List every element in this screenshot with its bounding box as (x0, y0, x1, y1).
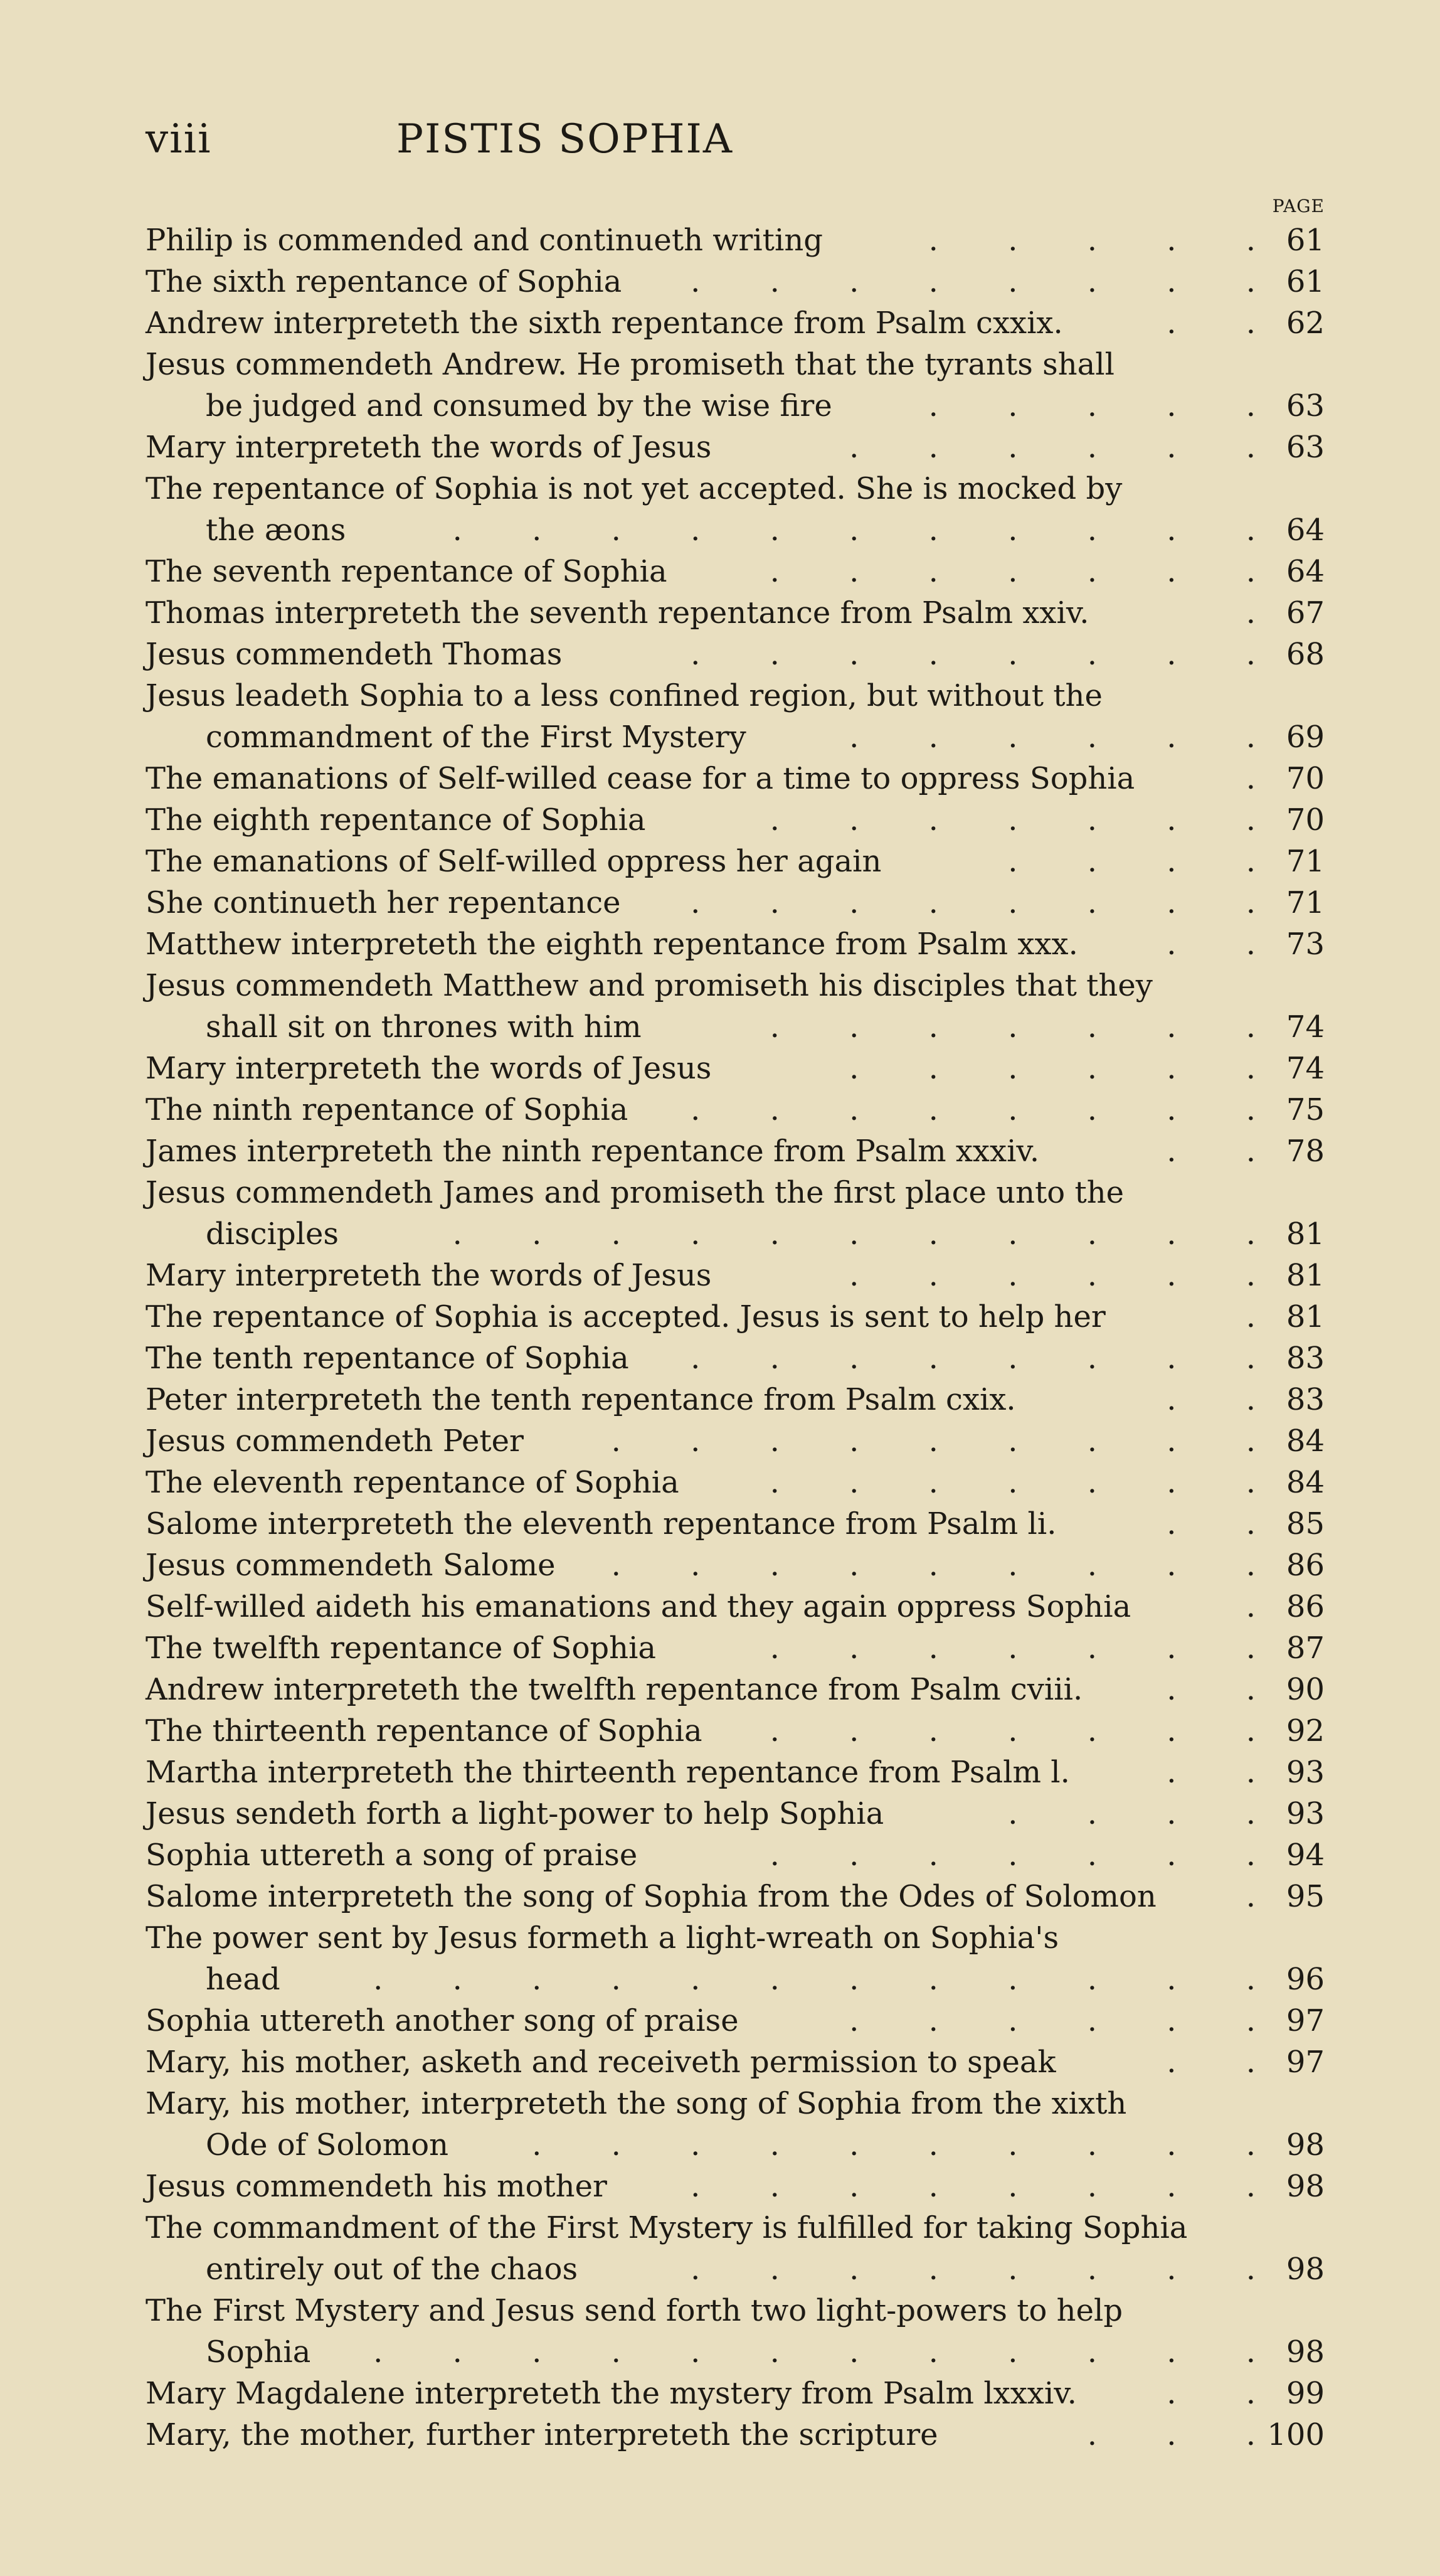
toc-entry-title: Jesus commendeth Matthew and promiseth h… (146, 965, 1153, 1006)
dot-leader: . . . . (1008, 841, 1256, 882)
toc-entry-line: Salome interpreteth the eleventh repenta… (146, 1503, 1325, 1545)
toc-page-number: 62 (1262, 302, 1325, 344)
toc-entry: Self-willed aideth his emanations and th… (146, 1586, 1325, 1627)
dot-leader: . . . . . . . . . . . (453, 1213, 1256, 1255)
toc-entry-title: The eighth repentance of Sophia (146, 799, 646, 841)
toc-entry: Jesus commendeth his mother98. . . . . .… (146, 2166, 1325, 2207)
toc-entry-line: Peter interpreteth the tenth repentance … (146, 1379, 1325, 1420)
toc-entry-title: Peter interpreteth the tenth repentance … (146, 1379, 1016, 1420)
toc-entry-line: The ninth repentance of Sophia75. . . . … (146, 1089, 1325, 1131)
toc-page-number: 98 (1262, 2124, 1325, 2166)
toc-page-number: 81 (1262, 1213, 1325, 1255)
toc-entry-line: Jesus commendeth James and promiseth the… (146, 1172, 1325, 1213)
toc-entry-title: Ode of Solomon (146, 2124, 448, 2166)
toc-page-number: 90 (1262, 1669, 1325, 1710)
dot-leader: . . . . . . (849, 1255, 1256, 1296)
toc-entry: Andrew interpreteth the twelfth repentan… (146, 1669, 1325, 1710)
toc-page-number: 98 (1262, 2166, 1325, 2207)
toc-entry: She continueth her repentance71. . . . .… (146, 882, 1325, 923)
dot-leader: . . . . . . . . . . . (453, 509, 1256, 551)
toc-entry-line: The emanations of Self-willed oppress he… (146, 841, 1325, 882)
toc-entry-line: Sophia uttereth a song of praise94. . . … (146, 1834, 1325, 1876)
toc-page-number: 84 (1262, 1462, 1325, 1503)
toc-page-number: 73 (1262, 923, 1325, 965)
toc-entry-title: The twelfth repentance of Sophia (146, 1627, 656, 1669)
toc-entry-title: The seventh repentance of Sophia (146, 551, 667, 592)
toc-entry-title: Thomas interpreteth the seventh repentan… (146, 592, 1089, 634)
dot-leader: . . . . . . (849, 1048, 1256, 1089)
dot-leader: . . (1167, 2373, 1256, 2414)
toc-entry-title: Jesus commendeth Thomas (146, 634, 562, 675)
toc-entry: The eighth repentance of Sophia70. . . .… (146, 799, 1325, 841)
toc-entry-title: The eleventh repentance of Sophia (146, 1462, 679, 1503)
toc-entry-line: The twelfth repentance of Sophia87. . . … (146, 1627, 1325, 1669)
toc-entry: Mary interpreteth the words of Jesus63. … (146, 427, 1325, 468)
dot-leader: . . (1167, 1131, 1256, 1172)
toc-entry-title: Mary, the mother, further interpreteth t… (146, 2414, 938, 2456)
toc-entry-line: Mary interpreteth the words of Jesus74. … (146, 1048, 1325, 1089)
toc-entry: Jesus commendeth James and promiseth the… (146, 1172, 1325, 1255)
toc-entry-title: Andrew interpreteth the sixth repentance… (146, 302, 1063, 344)
toc-entry-title: head (146, 1959, 280, 2000)
dot-leader: . . (1167, 1379, 1256, 1420)
toc-entry-title: The ninth repentance of Sophia (146, 1089, 628, 1131)
dot-leader: . . . . . . . (770, 551, 1256, 592)
dot-leader: . . (1167, 1669, 1256, 1710)
toc-entry-title: Mary Magdalene interpreteth the mystery … (146, 2373, 1077, 2414)
toc-entry-title: Sophia uttereth another song of praise (146, 2000, 739, 2041)
toc-entry-line: The seventh repentance of Sophia64. . . … (146, 551, 1325, 592)
dot-leader: . . . . . . . . (691, 882, 1256, 923)
toc-page-number: 71 (1262, 841, 1325, 882)
dot-leader: . . . (1088, 2414, 1256, 2456)
toc-entry-line: The emanations of Self-willed cease for … (146, 758, 1325, 799)
toc-entry-line: Mary interpreteth the words of Jesus81. … (146, 1255, 1325, 1296)
toc-entry-title: The commandment of the First Mystery is … (146, 2207, 1187, 2249)
toc-page-number: 83 (1262, 1379, 1325, 1420)
toc-entry: The eleventh repentance of Sophia84. . .… (146, 1462, 1325, 1503)
toc-entry-title: Sophia (146, 2331, 310, 2373)
dot-leader: . . (1167, 1503, 1256, 1545)
toc-entry: The emanations of Self-willed oppress he… (146, 841, 1325, 882)
toc-entry-line: Salome interpreteth the song of Sophia f… (146, 1876, 1325, 1917)
toc-entry-line: Andrew interpreteth the twelfth repentan… (146, 1669, 1325, 1710)
toc-entry-line: Mary Magdalene interpreteth the mystery … (146, 2373, 1325, 2414)
toc-entry-title: She continueth her repentance (146, 882, 621, 923)
toc-page-number: 93 (1262, 1793, 1325, 1834)
dot-leader: . (1246, 1586, 1256, 1627)
toc-entry: Mary, his mother, interpreteth the song … (146, 2083, 1325, 2166)
toc-entry: The sixth repentance of Sophia61. . . . … (146, 261, 1325, 302)
toc-entry-line: Jesus commendeth Thomas68. . . . . . . . (146, 634, 1325, 675)
dot-leader: . . . . . . . . (691, 2249, 1256, 2290)
dot-leader: . . . . . . . (770, 1006, 1256, 1048)
toc-entry-line: Thomas interpreteth the seventh repentan… (146, 592, 1325, 634)
toc-entry-continuation: be judged and consumed by the wise fire6… (146, 385, 1325, 427)
toc-page-number: 69 (1262, 716, 1325, 758)
toc-entry-title: The thirteenth repentance of Sophia (146, 1710, 702, 1752)
dot-leader: . . . . . . . (770, 1834, 1256, 1876)
toc-entry-continuation: head96. . . . . . . . . . . . (146, 1959, 1325, 2000)
toc-entry-line: The repentance of Sophia is accepted. Je… (146, 1296, 1325, 1338)
toc-page-number: 67 (1262, 592, 1325, 634)
toc-page-number: 74 (1262, 1006, 1325, 1048)
toc-page-number: 63 (1262, 385, 1325, 427)
toc-page-number: 97 (1262, 2041, 1325, 2083)
toc-page-number: 61 (1262, 220, 1325, 261)
toc-entry: Salome interpreteth the song of Sophia f… (146, 1876, 1325, 1917)
toc-page-number: 86 (1262, 1545, 1325, 1586)
toc-page-number: 64 (1262, 551, 1325, 592)
toc-page-number: 98 (1262, 2331, 1325, 2373)
dot-leader: . . . . (1008, 1793, 1256, 1834)
toc-entry: Mary Magdalene interpreteth the mystery … (146, 2373, 1325, 2414)
toc-entry-title: Mary interpreteth the words of Jesus (146, 427, 711, 468)
toc-entry-line: Sophia uttereth another song of praise97… (146, 2000, 1325, 2041)
toc-page-number: 85 (1262, 1503, 1325, 1545)
dot-leader: . . . . . . . . (691, 634, 1256, 675)
toc-page-number: 74 (1262, 1048, 1325, 1089)
toc-entry-line: Mary, his mother, interpreteth the song … (146, 2083, 1325, 2124)
toc-page-number: 75 (1262, 1089, 1325, 1131)
dot-leader: . . . . . . . (770, 799, 1256, 841)
toc-page-number: 78 (1262, 1131, 1325, 1172)
toc-entry-title: Jesus commendeth James and promiseth the… (146, 1172, 1124, 1213)
toc-entry: Jesus leadeth Sophia to a less confined … (146, 675, 1325, 758)
dot-leader: . . . . . . (849, 427, 1256, 468)
dot-leader: . . . . . . . (770, 1710, 1256, 1752)
toc-entry: Jesus sendeth forth a light-power to hel… (146, 1793, 1325, 1834)
toc-entry-title: be judged and consumed by the wise fire (146, 385, 832, 427)
running-title: PISTIS SOPHIA (396, 116, 733, 162)
toc-entry: Jesus commendeth Matthew and promiseth h… (146, 965, 1325, 1048)
toc-entry-title: The power sent by Jesus formeth a light-… (146, 1917, 1059, 1959)
dot-leader: . . . . . . (849, 716, 1256, 758)
toc-entry: Thomas interpreteth the seventh repentan… (146, 592, 1325, 634)
toc-entry: Mary interpreteth the words of Jesus81. … (146, 1255, 1325, 1296)
toc-entry-continuation: commandment of the First Mystery69. . . … (146, 716, 1325, 758)
toc-entry-title: Jesus commendeth his mother (146, 2166, 607, 2207)
toc-entry-line: Jesus sendeth forth a light-power to hel… (146, 1793, 1325, 1834)
toc-entry-line: She continueth her repentance71. . . . .… (146, 882, 1325, 923)
toc-entry-title: James interpreteth the ninth repentance … (146, 1131, 1039, 1172)
toc-entry: Martha interpreteth the thirteenth repen… (146, 1752, 1325, 1793)
toc-entry: Sophia uttereth another song of praise97… (146, 2000, 1325, 2041)
toc-entry-line: Philip is commended and continueth writi… (146, 220, 1325, 261)
toc-entry-continuation: shall sit on thrones with him74. . . . .… (146, 1006, 1325, 1048)
toc-entry: Jesus commendeth Salome86. . . . . . . .… (146, 1545, 1325, 1586)
toc-entry-title: Mary interpreteth the words of Jesus (146, 1048, 711, 1089)
toc-entry-title: The emanations of Self-willed oppress he… (146, 841, 881, 882)
toc-entry-continuation: Ode of Solomon98. . . . . . . . . . (146, 2124, 1325, 2166)
toc-entry-title: the æons (146, 509, 346, 551)
toc-entry-line: The power sent by Jesus formeth a light-… (146, 1917, 1325, 1959)
toc-entry-title: The repentance of Sophia is not yet acce… (146, 468, 1122, 509)
page-column-label: PAGE (1273, 196, 1325, 216)
toc-page-number: 61 (1262, 261, 1325, 302)
dot-leader: . . . . . . (849, 2000, 1256, 2041)
toc-page-number: 97 (1262, 2000, 1325, 2041)
dot-leader: . . . . . . . . (691, 1338, 1256, 1379)
toc-page-number: 94 (1262, 1834, 1325, 1876)
toc-page-number: 96 (1262, 1959, 1325, 2000)
toc-page-number: 100 (1262, 2414, 1325, 2456)
toc-entry-title: Self-willed aideth his emanations and th… (146, 1586, 1131, 1627)
toc-page-number: 71 (1262, 882, 1325, 923)
toc-entry-line: Self-willed aideth his emanations and th… (146, 1586, 1325, 1627)
toc-page-number: 95 (1262, 1876, 1325, 1917)
page-header: viii PISTIS SOPHIA (146, 116, 1325, 173)
toc-entry-title: The First Mystery and Jesus send forth t… (146, 2290, 1123, 2331)
toc-page-number: 92 (1262, 1710, 1325, 1752)
toc-entry-line: Jesus commendeth his mother98. . . . . .… (146, 2166, 1325, 2207)
toc-entry-title: Mary, his mother, interpreteth the song … (146, 2083, 1126, 2124)
toc-entry-title: Salome interpreteth the song of Sophia f… (146, 1876, 1157, 1917)
dot-leader: . (1246, 758, 1256, 799)
dot-leader: . (1246, 1876, 1256, 1917)
table-of-contents: Philip is commended and continueth writi… (146, 220, 1325, 2456)
toc-entry-line: Jesus commendeth Andrew. He promiseth th… (146, 344, 1325, 385)
toc-entry-line: Andrew interpreteth the sixth repentance… (146, 302, 1325, 344)
toc-entry-title: Mary interpreteth the words of Jesus (146, 1255, 711, 1296)
toc-entry: The ninth repentance of Sophia75. . . . … (146, 1089, 1325, 1131)
toc-entry-title: entirely out of the chaos (146, 2249, 578, 2290)
dot-leader: . . . . . . . . (691, 1089, 1256, 1131)
toc-entry: Jesus commendeth Peter84. . . . . . . . … (146, 1420, 1325, 1462)
toc-entry-title: Salome interpreteth the eleventh repenta… (146, 1503, 1057, 1545)
toc-page-number: 64 (1262, 509, 1325, 551)
toc-entry: Philip is commended and continueth writi… (146, 220, 1325, 261)
toc-entry-title: Jesus commendeth Salome (146, 1545, 555, 1586)
toc-entry-title: shall sit on thrones with him (146, 1006, 642, 1048)
toc-entry-title: Philip is commended and continueth writi… (146, 220, 823, 261)
toc-entry-title: commandment of the First Mystery (146, 716, 746, 758)
toc-entry-line: Matthew interpreteth the eighth repentan… (146, 923, 1325, 965)
toc-entry: Jesus commendeth Thomas68. . . . . . . . (146, 634, 1325, 675)
toc-entry-line: The repentance of Sophia is not yet acce… (146, 468, 1325, 509)
toc-entry-title: The emanations of Self-willed cease for … (146, 758, 1135, 799)
toc-page-number: 98 (1262, 2249, 1325, 2290)
toc-entry-title: Sophia uttereth a song of praise (146, 1834, 637, 1876)
toc-entry-line: Jesus commendeth Matthew and promiseth h… (146, 965, 1325, 1006)
toc-page-number: 68 (1262, 634, 1325, 675)
toc-entry: The emanations of Self-willed cease for … (146, 758, 1325, 799)
toc-page-number: 86 (1262, 1586, 1325, 1627)
dot-leader: . . . . . (929, 385, 1256, 427)
dot-leader: . (1246, 1296, 1256, 1338)
dot-leader: . . . . . . . . . (611, 1545, 1256, 1586)
toc-entry-title: Martha interpreteth the thirteenth repen… (146, 1752, 1070, 1793)
toc-entry-continuation: the æons64. . . . . . . . . . . (146, 509, 1325, 551)
toc-page-number: 63 (1262, 427, 1325, 468)
toc-entry: The repentance of Sophia is not yet acce… (146, 468, 1325, 551)
toc-entry: Matthew interpreteth the eighth repentan… (146, 923, 1325, 965)
toc-page-number: 81 (1262, 1255, 1325, 1296)
toc-entry: Sophia uttereth a song of praise94. . . … (146, 1834, 1325, 1876)
toc-entry: The thirteenth repentance of Sophia92. .… (146, 1710, 1325, 1752)
toc-page-number: 93 (1262, 1752, 1325, 1793)
toc-entry: The power sent by Jesus formeth a light-… (146, 1917, 1325, 2000)
toc-entry-title: disciples (146, 1213, 339, 1255)
toc-entry-line: The thirteenth repentance of Sophia92. .… (146, 1710, 1325, 1752)
toc-entry: Peter interpreteth the tenth repentance … (146, 1379, 1325, 1420)
toc-entry-title: The tenth repentance of Sophia (146, 1338, 629, 1379)
toc-page-number: 83 (1262, 1338, 1325, 1379)
toc-page-number: 70 (1262, 799, 1325, 841)
toc-page-number: 70 (1262, 758, 1325, 799)
toc-entry-line: Mary interpreteth the words of Jesus63. … (146, 427, 1325, 468)
toc-entry: Salome interpreteth the eleventh repenta… (146, 1503, 1325, 1545)
toc-page-number: 81 (1262, 1296, 1325, 1338)
toc-entry: The repentance of Sophia is accepted. Je… (146, 1296, 1325, 1338)
toc-entry-line: Mary, the mother, further interpreteth t… (146, 2414, 1325, 2456)
toc-entry-title: Jesus leadeth Sophia to a less confined … (146, 675, 1103, 716)
toc-entry-line: The commandment of the First Mystery is … (146, 2207, 1325, 2249)
toc-entry-line: The sixth repentance of Sophia61. . . . … (146, 261, 1325, 302)
toc-entry-line: The eighth repentance of Sophia70. . . .… (146, 799, 1325, 841)
toc-entry: Mary, the mother, further interpreteth t… (146, 2414, 1325, 2456)
page-number-roman: viii (146, 116, 212, 162)
document-page: viii PISTIS SOPHIA PAGE Philip is commen… (146, 0, 1325, 2576)
toc-entry: Andrew interpreteth the sixth repentance… (146, 302, 1325, 344)
toc-page-number: 87 (1262, 1627, 1325, 1669)
dot-leader: . . . . . . . . (691, 261, 1256, 302)
toc-entry-title: Matthew interpreteth the eighth repentan… (146, 923, 1078, 965)
toc-entry-line: Jesus leadeth Sophia to a less confined … (146, 675, 1325, 716)
dot-leader: . . . . . . . . . . . . (373, 1959, 1256, 2000)
toc-entry-title: The repentance of Sophia is accepted. Je… (146, 1296, 1106, 1338)
toc-entry-line: The eleventh repentance of Sophia84. . .… (146, 1462, 1325, 1503)
toc-entry-title: Andrew interpreteth the twelfth repentan… (146, 1669, 1083, 1710)
dot-leader: . . . . . . . . . (611, 1420, 1256, 1462)
toc-entry-continuation: entirely out of the chaos98. . . . . . .… (146, 2249, 1325, 2290)
toc-entry-line: Mary, his mother, asketh and receiveth p… (146, 2041, 1325, 2083)
dot-leader: . . (1167, 1752, 1256, 1793)
dot-leader: . (1246, 592, 1256, 634)
toc-entry-line: Martha interpreteth the thirteenth repen… (146, 1752, 1325, 1793)
toc-entry: The commandment of the First Mystery is … (146, 2207, 1325, 2290)
toc-entry-title: Jesus sendeth forth a light-power to hel… (146, 1793, 884, 1834)
toc-entry: The First Mystery and Jesus send forth t… (146, 2290, 1325, 2373)
toc-entry: The tenth repentance of Sophia83. . . . … (146, 1338, 1325, 1379)
toc-entry-title: The sixth repentance of Sophia (146, 261, 622, 302)
toc-entry-line: The tenth repentance of Sophia83. . . . … (146, 1338, 1325, 1379)
dot-leader: . . (1167, 302, 1256, 344)
toc-entry: The seventh repentance of Sophia64. . . … (146, 551, 1325, 592)
toc-entry-title: Mary, his mother, asketh and receiveth p… (146, 2041, 1056, 2083)
toc-entry: Jesus commendeth Andrew. He promiseth th… (146, 344, 1325, 427)
dot-leader: . . . . . . . . . . (532, 2124, 1256, 2166)
dot-leader: . . (1167, 2041, 1256, 2083)
toc-entry: James interpreteth the ninth repentance … (146, 1131, 1325, 1172)
toc-page-number: 99 (1262, 2373, 1325, 2414)
toc-entry: Mary interpreteth the words of Jesus74. … (146, 1048, 1325, 1089)
dot-leader: . . (1167, 923, 1256, 965)
dot-leader: . . . . . (929, 220, 1256, 261)
dot-leader: . . . . . . . (770, 1627, 1256, 1669)
dot-leader: . . . . . . . . (691, 2166, 1256, 2207)
toc-entry-line: James interpreteth the ninth repentance … (146, 1131, 1325, 1172)
toc-entry-line: Jesus commendeth Salome86. . . . . . . .… (146, 1545, 1325, 1586)
toc-entry-title: Jesus commendeth Peter (146, 1420, 524, 1462)
dot-leader: . . . . . . . (770, 1462, 1256, 1503)
toc-entry-line: Jesus commendeth Peter84. . . . . . . . … (146, 1420, 1325, 1462)
toc-entry-continuation: disciples81. . . . . . . . . . . (146, 1213, 1325, 1255)
toc-page-number: 84 (1262, 1420, 1325, 1462)
toc-entry-line: The First Mystery and Jesus send forth t… (146, 2290, 1325, 2331)
toc-entry-title: Jesus commendeth Andrew. He promiseth th… (146, 344, 1114, 385)
toc-entry: The twelfth repentance of Sophia87. . . … (146, 1627, 1325, 1669)
toc-entry-continuation: Sophia98. . . . . . . . . . . . (146, 2331, 1325, 2373)
dot-leader: . . . . . . . . . . . . (373, 2331, 1256, 2373)
toc-entry: Mary, his mother, asketh and receiveth p… (146, 2041, 1325, 2083)
